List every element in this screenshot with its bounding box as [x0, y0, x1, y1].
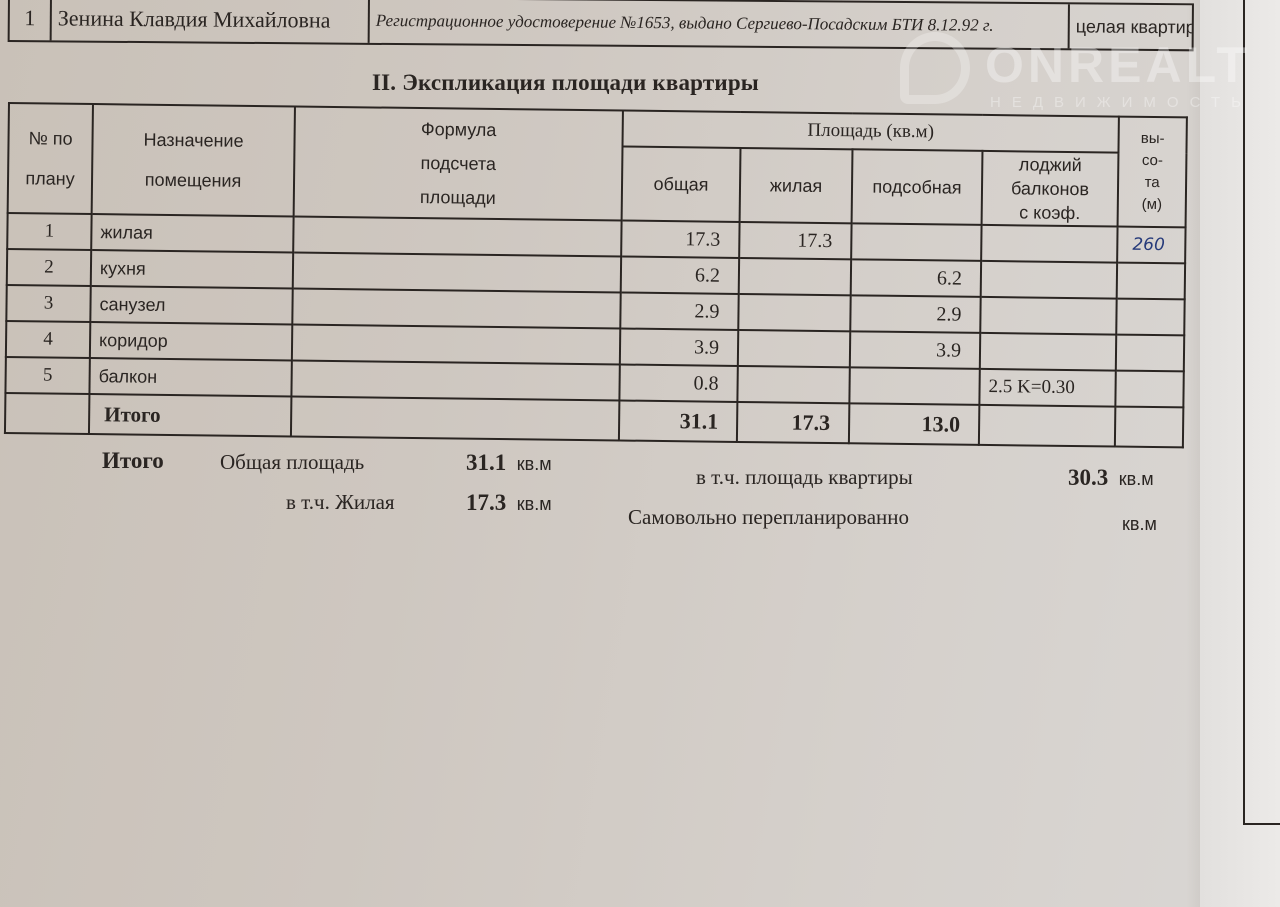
- summary-unit: кв.м: [1119, 469, 1154, 489]
- cell-plan-no: 4: [6, 321, 90, 358]
- header-area-group: Площадь (кв.м): [623, 111, 1119, 153]
- cell-plan-no: 3: [6, 285, 90, 322]
- cell-loggia: 2.5 K=0.30: [979, 369, 1115, 407]
- cell-auxiliary: 2.9: [850, 295, 980, 333]
- cell-plan-no: 5: [5, 357, 89, 394]
- cell-auxiliary: 6.2: [851, 259, 981, 297]
- header-formula-line2: подсчета: [303, 145, 613, 183]
- header-purpose: Назначение помещения: [92, 104, 295, 216]
- header-height-line3: та: [1121, 172, 1183, 195]
- cell-height-sum: [1115, 407, 1183, 448]
- cell-living: [739, 258, 851, 295]
- cell-formula: [293, 216, 621, 256]
- cell-height: 260: [1117, 227, 1185, 264]
- cell-formula: [293, 252, 621, 292]
- handwritten-height: [1126, 271, 1132, 291]
- cell-auxiliary-sum: 13.0: [849, 403, 979, 445]
- cell-living-sum: 17.3: [737, 402, 849, 443]
- cell-formula: [291, 396, 619, 440]
- cell-loggia: [981, 225, 1117, 263]
- header-formula: Формула подсчета площади: [294, 107, 623, 221]
- summary-unit: кв.м: [1122, 514, 1157, 534]
- cell-living: [737, 366, 849, 403]
- header-height: вы- со- та (м): [1118, 117, 1187, 228]
- cell-purpose: балкон: [89, 358, 291, 396]
- summary-label: Итого: [102, 448, 164, 474]
- cell-height: [1116, 299, 1184, 336]
- owner-name: Зенина Клавдия Михайловна: [52, 0, 370, 43]
- cell-living: 17.3: [739, 222, 851, 259]
- ownership-share: целая квартира: [1070, 4, 1192, 49]
- cell-living: [738, 294, 850, 331]
- cell-total: 2.9: [620, 292, 738, 329]
- cell-loggia: [981, 261, 1117, 299]
- summary-living: 17.3 кв.м: [466, 490, 552, 516]
- header-height-line4: (м): [1121, 194, 1183, 217]
- header-loggia: лоджий балконов с коэф.: [982, 151, 1119, 227]
- cell-loggia: [980, 333, 1116, 371]
- cell-formula: [292, 288, 620, 328]
- cell-plan-no: [5, 393, 89, 434]
- cell-loggia: [980, 297, 1116, 335]
- summary-total-area-label: Общая площадь: [220, 450, 364, 475]
- cell-height: [1115, 371, 1183, 408]
- handwritten-height: 260: [1126, 235, 1165, 255]
- summary-apartment-area: 30.3 кв.м: [1068, 465, 1154, 491]
- header-plan-no-line2: плану: [17, 158, 83, 199]
- header-loggia-line3: с коэф.: [991, 200, 1109, 225]
- cell-plan-no: 2: [7, 249, 91, 286]
- section-title: II. Экспликация площади квартиры: [372, 70, 759, 96]
- summary-total-area-value: 31.1: [466, 450, 506, 475]
- header-plan-no-line1: № по: [17, 118, 83, 159]
- cell-total: 17.3: [621, 221, 739, 258]
- handwritten-height: [1125, 379, 1131, 399]
- header-loggia-line1: лоджий: [991, 152, 1109, 177]
- summary-unauthorized-label: Самовольно перепланированно: [628, 505, 909, 530]
- cell-auxiliary: [851, 223, 981, 261]
- adjacent-sheet-frame: [1243, 0, 1280, 825]
- cell-loggia-sum: [979, 405, 1116, 447]
- cell-height: [1117, 263, 1185, 300]
- header-height-line2: со-: [1121, 150, 1183, 173]
- cell-total-sum: 31.1: [619, 400, 737, 441]
- summary-total-area: 31.1 кв.м: [466, 450, 552, 476]
- header-height-line1: вы-: [1122, 128, 1184, 151]
- cell-purpose: кухня: [91, 250, 293, 288]
- header-purpose-line2: помещения: [101, 159, 285, 201]
- header-formula-line3: площади: [303, 179, 613, 217]
- summary-living-label: в т.ч. Жилая: [286, 490, 395, 515]
- cell-purpose: жилая: [91, 214, 293, 252]
- cell-purpose: санузел: [90, 286, 292, 324]
- handwritten-height: [1125, 307, 1131, 327]
- cell-formula: [291, 360, 619, 400]
- summary-apartment-area-label: в т.ч. площадь квартиры: [696, 465, 913, 490]
- summary-unit: кв.м: [517, 454, 552, 474]
- cell-plan-no: 1: [7, 213, 91, 250]
- cell-living: [738, 330, 850, 367]
- handwritten-height: [1125, 343, 1131, 363]
- owner-number: 1: [10, 0, 52, 40]
- summary-apartment-area-value: 30.3: [1068, 465, 1108, 490]
- area-explication-table: № по плану Назначение помещения Формула …: [4, 102, 1188, 448]
- summary-unauthorized: кв.м: [1122, 511, 1157, 536]
- cell-purpose: коридор: [90, 322, 292, 360]
- header-loggia-line2: балконов: [991, 176, 1109, 201]
- header-total: общая: [622, 147, 741, 222]
- cell-total-label: Итого: [89, 394, 291, 436]
- header-formula-line1: Формула: [304, 111, 614, 149]
- cell-total: 0.8: [619, 364, 737, 401]
- cell-total: 6.2: [621, 257, 739, 294]
- cell-formula: [292, 324, 620, 364]
- header-plan-no: № по плану: [8, 103, 93, 214]
- header-living: жилая: [740, 148, 853, 223]
- summary-living-value: 17.3: [466, 490, 506, 515]
- cell-auxiliary: 3.9: [850, 331, 980, 369]
- ownership-document: Регистрационное удостоверение №1653, выд…: [370, 0, 1070, 48]
- header-purpose-line1: Назначение: [101, 119, 285, 161]
- cell-height: [1116, 335, 1184, 372]
- header-auxiliary: подсобная: [852, 149, 983, 225]
- summary-total-label: Итого: [102, 448, 164, 473]
- cell-auxiliary: [849, 367, 979, 405]
- summary-unit: кв.м: [517, 494, 552, 514]
- cell-total: 3.9: [620, 328, 738, 365]
